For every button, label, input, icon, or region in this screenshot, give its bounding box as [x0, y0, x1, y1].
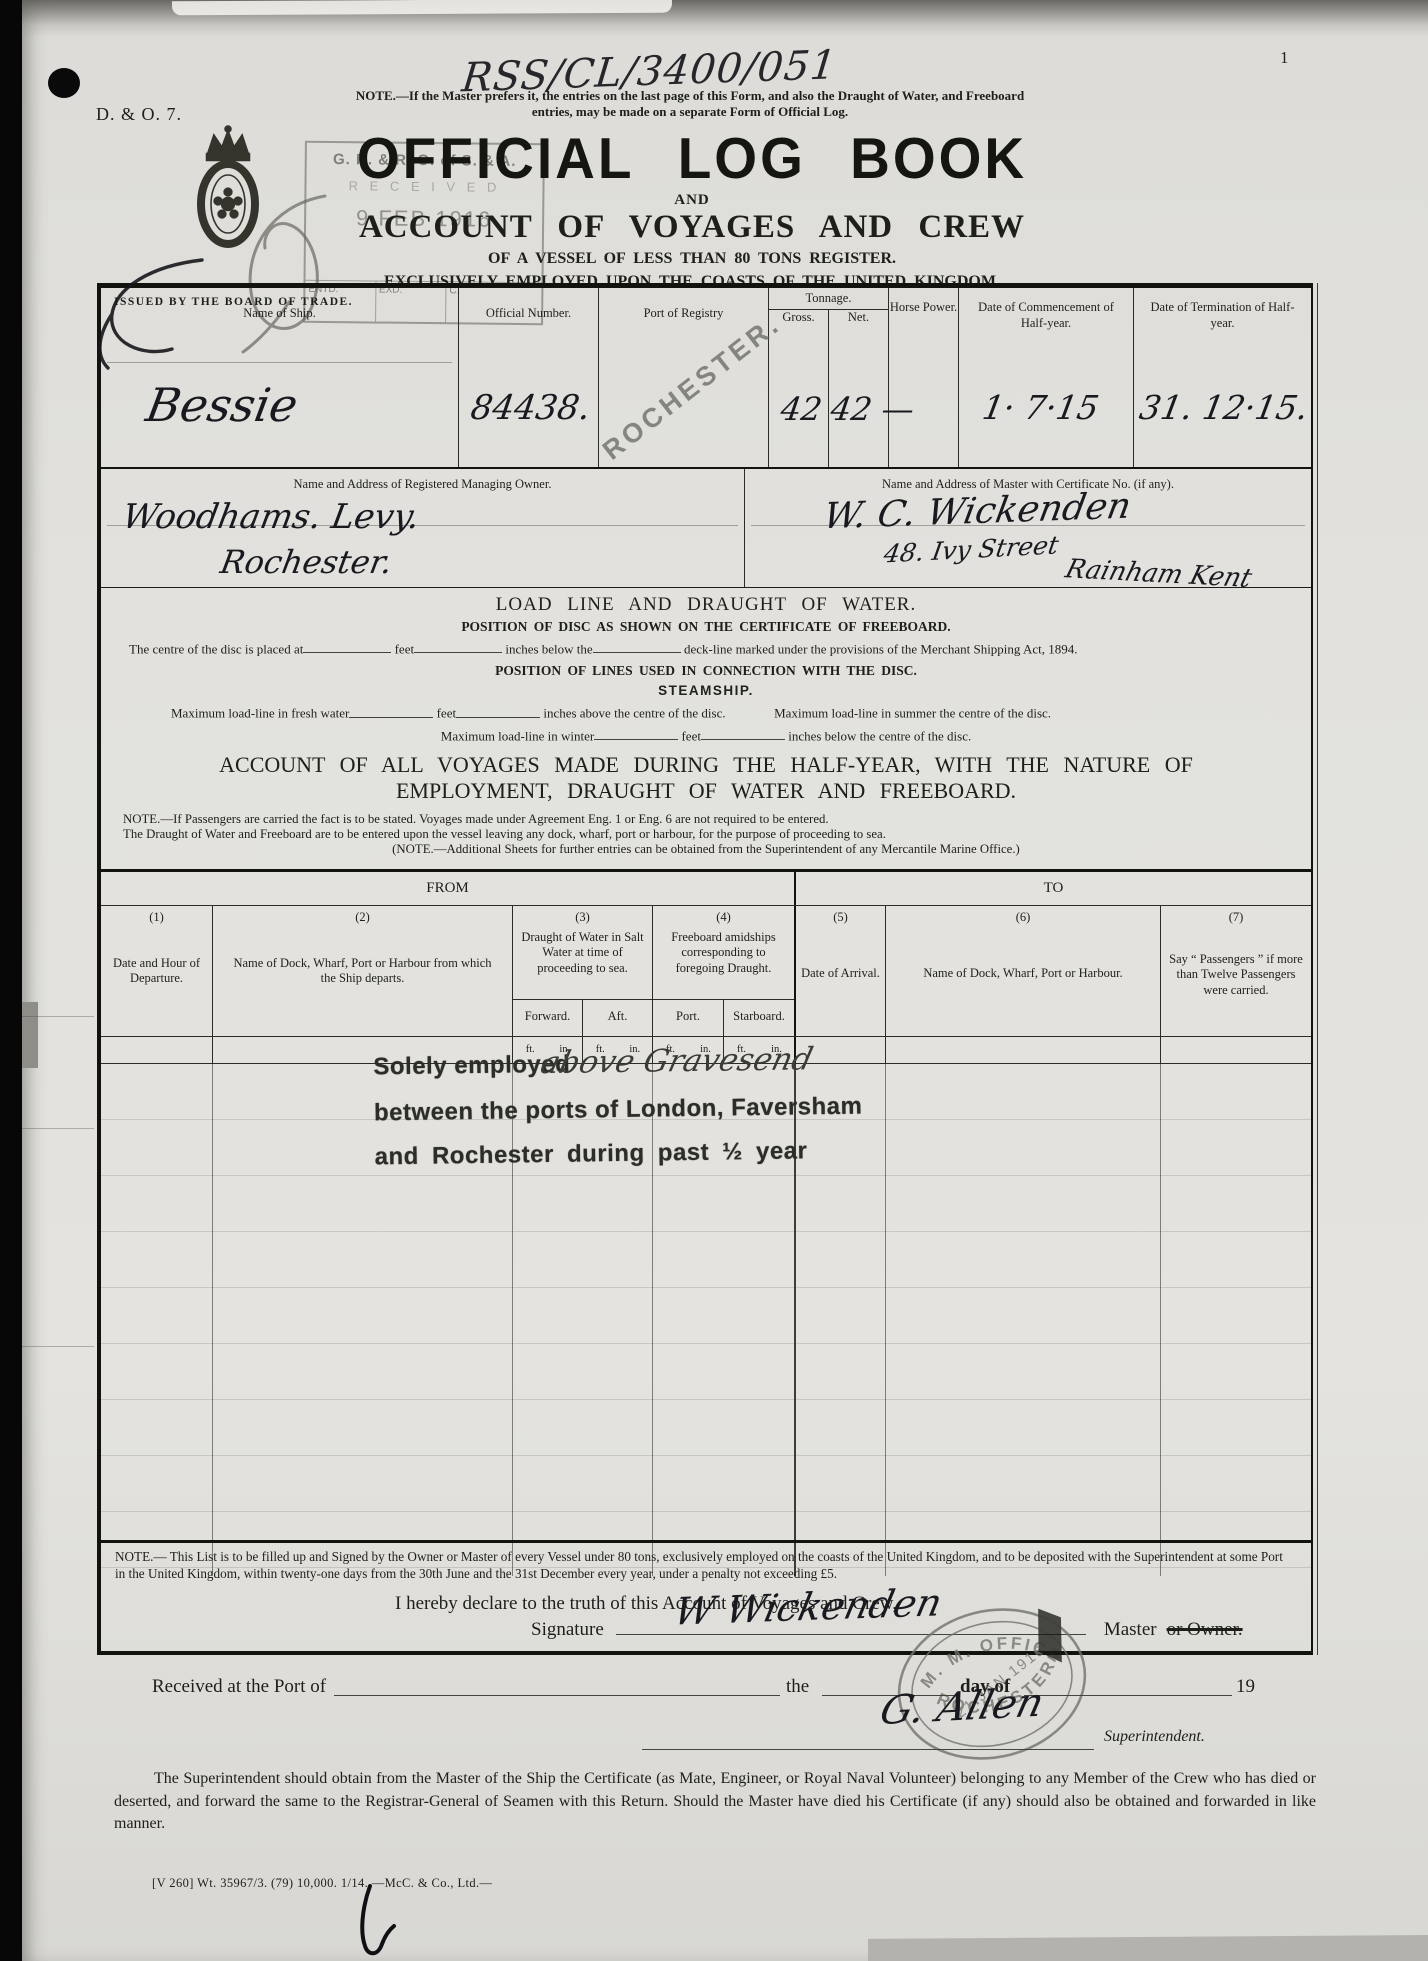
col3-forward: Forward. [513, 1000, 583, 1036]
col3-aft: Aft. [583, 1000, 652, 1036]
master-label: Master [1104, 1619, 1157, 1640]
owner-header: Name and Address of Registered Managing … [101, 477, 744, 493]
master-town-handwritten: Rainham Kent [1062, 554, 1255, 594]
winter-feet-label: feet [681, 728, 700, 743]
received-the: the [786, 1676, 809, 1698]
fresh-feet-label: feet [437, 706, 456, 721]
col-termination: Date of Termination of Half-year. [1134, 300, 1311, 331]
load-line-title: LOAD LINE AND DRAUGHT OF WATER. [101, 594, 1311, 616]
termination-date-handwritten: 31. 12·15. [1137, 388, 1312, 427]
masthead: OFFICIAL LOG BOOK AND ACCOUNT OF VOYAGES… [352, 126, 1032, 291]
scan-top-edge [172, 0, 672, 15]
owner-master-row: Name and Address of Registered Managing … [101, 469, 1311, 588]
account-note-1: NOTE.—If Passengers are carried the fact… [123, 812, 1311, 827]
received-pre: Received at the Port of [152, 1676, 326, 1698]
col3-num: (3) [513, 910, 652, 926]
struck-or-owner: or Owner. [1167, 1619, 1243, 1640]
col7-label: Say “ Passengers ” if more than Twelve P… [1161, 952, 1311, 999]
col4-port: Port. [653, 1000, 724, 1036]
account-note-3: (NOTE.—Additional Sheets for further ent… [101, 842, 1311, 857]
col2-num: (2) [213, 910, 512, 926]
master-name-handwritten: W. C. Wickenden [820, 486, 1134, 538]
col7-num: (7) [1161, 910, 1311, 926]
disc-centre-post: deck-line marked under the provisions of… [684, 641, 1078, 656]
account-note-2: The Draught of Water and Freeboard are t… [123, 827, 1311, 842]
disc-feet-label: feet [395, 641, 414, 656]
col-official-number: Official Number. [459, 306, 598, 322]
voyage-header-row: (1) Date and Hour of Departure. (2) Name… [101, 905, 1311, 1036]
load-line-section: LOAD LINE AND DRAUGHT OF WATER. POSITION… [101, 594, 1311, 740]
margin-rule [22, 1016, 94, 1017]
scan-bottom-edge [868, 1935, 1428, 1961]
disc-centre-pre: The centre of the disc is placed at [129, 641, 303, 656]
to-label: TO [1044, 880, 1064, 896]
fresh-inches-label: inches above the centre of the disc. [543, 706, 725, 721]
signature-label: Signature [531, 1619, 604, 1640]
official-number-handwritten: 84438. [468, 388, 593, 428]
winter-line: Maximum load-line in winter feet inches … [101, 727, 1311, 744]
col4-num: (4) [653, 910, 794, 926]
steamship-label: STEAMSHIP. [101, 683, 1311, 698]
form-box: Name of Ship. Official Number. Port of R… [97, 283, 1313, 1655]
summer-line: Maximum load-line in summer the centre o… [774, 706, 1051, 721]
main-title: OFFICIAL LOG BOOK [352, 124, 1032, 191]
employment-handwritten-overlay: above Gravesend [537, 1041, 816, 1081]
fresh-pre: Maximum load-line in fresh water [171, 706, 349, 721]
owner-name-handwritten: Woodhams. Levy. [119, 497, 422, 537]
col5-label: Date of Arrival. [796, 966, 885, 982]
scanned-page: 1 RSS/CL/3400/051 D. & O. 7. NOTE.—If th… [22, 0, 1428, 1961]
form-code: D. & O. 7. [96, 104, 182, 125]
account-title-2: EMPLOYMENT, DRAUGHT OF WATER AND FREEBOA… [101, 778, 1311, 804]
title-and: AND [352, 192, 1032, 209]
winter-pre: Maximum load-line in winter [441, 728, 594, 743]
account-heading-section: ACCOUNT OF ALL VOYAGES MADE DURING THE H… [101, 752, 1311, 869]
superintendent-label: Superintendent. [1104, 1728, 1205, 1746]
received-year: 19 [1236, 1676, 1255, 1698]
col2-label: Name of Dock, Wharf, Port or Harbour fro… [213, 956, 512, 987]
margin-rule [22, 1346, 94, 1347]
col-tonnage: Tonnage. [769, 291, 888, 310]
position-of-lines: POSITION OF LINES USED IN CONNECTION WIT… [101, 663, 1311, 679]
employment-stamp: Solely employed above Gravesend between … [373, 1047, 863, 1172]
voyage-table: FROM TO (1) Date and Hour of Departure. … [101, 869, 1311, 1576]
pen-flourish-ship-name [84, 252, 234, 382]
from-label: FROM [426, 880, 469, 896]
col-port-of-registry: Port of Registry [599, 306, 768, 322]
master-street-handwritten: 48. Ivy Street [882, 531, 1061, 569]
pen-mark-bottom [332, 1882, 402, 1961]
fresh-water-line: Maximum load-line in fresh water feet in… [171, 704, 1311, 721]
col6-label: Name of Dock, Wharf, Port or Harbour. [886, 966, 1160, 982]
col3-label: Draught of Water in Salt Water at time o… [513, 930, 652, 977]
col-horse-power: Horse Power. [889, 300, 958, 316]
col-commencement: Date of Commencement of Half-year. [959, 300, 1133, 331]
top-note: NOTE.—If the Master prefers it, the entr… [340, 88, 1040, 121]
page-number: 1 [1280, 48, 1289, 68]
owner-address-handwritten: Rochester. [218, 543, 396, 581]
col6-num: (6) [886, 910, 1160, 926]
winter-inches-label: inches below the centre of the disc. [788, 728, 971, 743]
commencement-date-handwritten: 1· 7·15 [980, 388, 1102, 427]
col4-label: Freeboard amidships corresponding to for… [653, 930, 794, 977]
disc-inches-label: inches below the [505, 641, 592, 656]
ship-table-header: Name of Ship. Official Number. Port of R… [101, 288, 1311, 350]
col1-label: Date and Hour of Departure. [101, 956, 212, 987]
margin-rule [22, 1128, 94, 1129]
printer-imprint: [V 260] Wt. 35967/3. (79) 10,000. 1/14. … [152, 1876, 492, 1891]
hole-punch [48, 68, 80, 98]
col5-num: (5) [796, 910, 885, 926]
declaration-note: NOTE.— This List is to be filled up and … [115, 1548, 1283, 1582]
masthead-line1: OF A VESSEL OF LESS THAN 80 TONS REGISTE… [352, 250, 1032, 268]
superintendent-signature-handwritten: G. Allen [876, 1680, 1049, 1734]
page-edge-tab [22, 1002, 38, 1068]
position-of-disc: POSITION OF DISC AS SHOWN ON THE CERTIFI… [101, 619, 1311, 635]
col1-num: (1) [101, 910, 212, 926]
voyage-fromto-row: FROM TO [101, 872, 1311, 905]
ship-name-handwritten: Bessie [142, 378, 302, 432]
superintendent-note: The Superintendent should obtain from th… [114, 1768, 1316, 1836]
account-title-1: ACCOUNT OF ALL VOYAGES MADE DURING THE H… [101, 752, 1311, 778]
subtitle: ACCOUNT OF VOYAGES AND CREW [352, 209, 1032, 246]
employment-stamp-line2: between the ports of London, Faversham [374, 1093, 863, 1128]
disc-centre-line: The centre of the disc is placed at feet… [129, 640, 1311, 657]
col4-starboard: Starboard. [724, 1000, 794, 1036]
gross-tonnage-handwritten: 42 [778, 390, 824, 428]
declaration-section: NOTE.— This List is to be filled up and … [101, 1540, 1311, 1651]
